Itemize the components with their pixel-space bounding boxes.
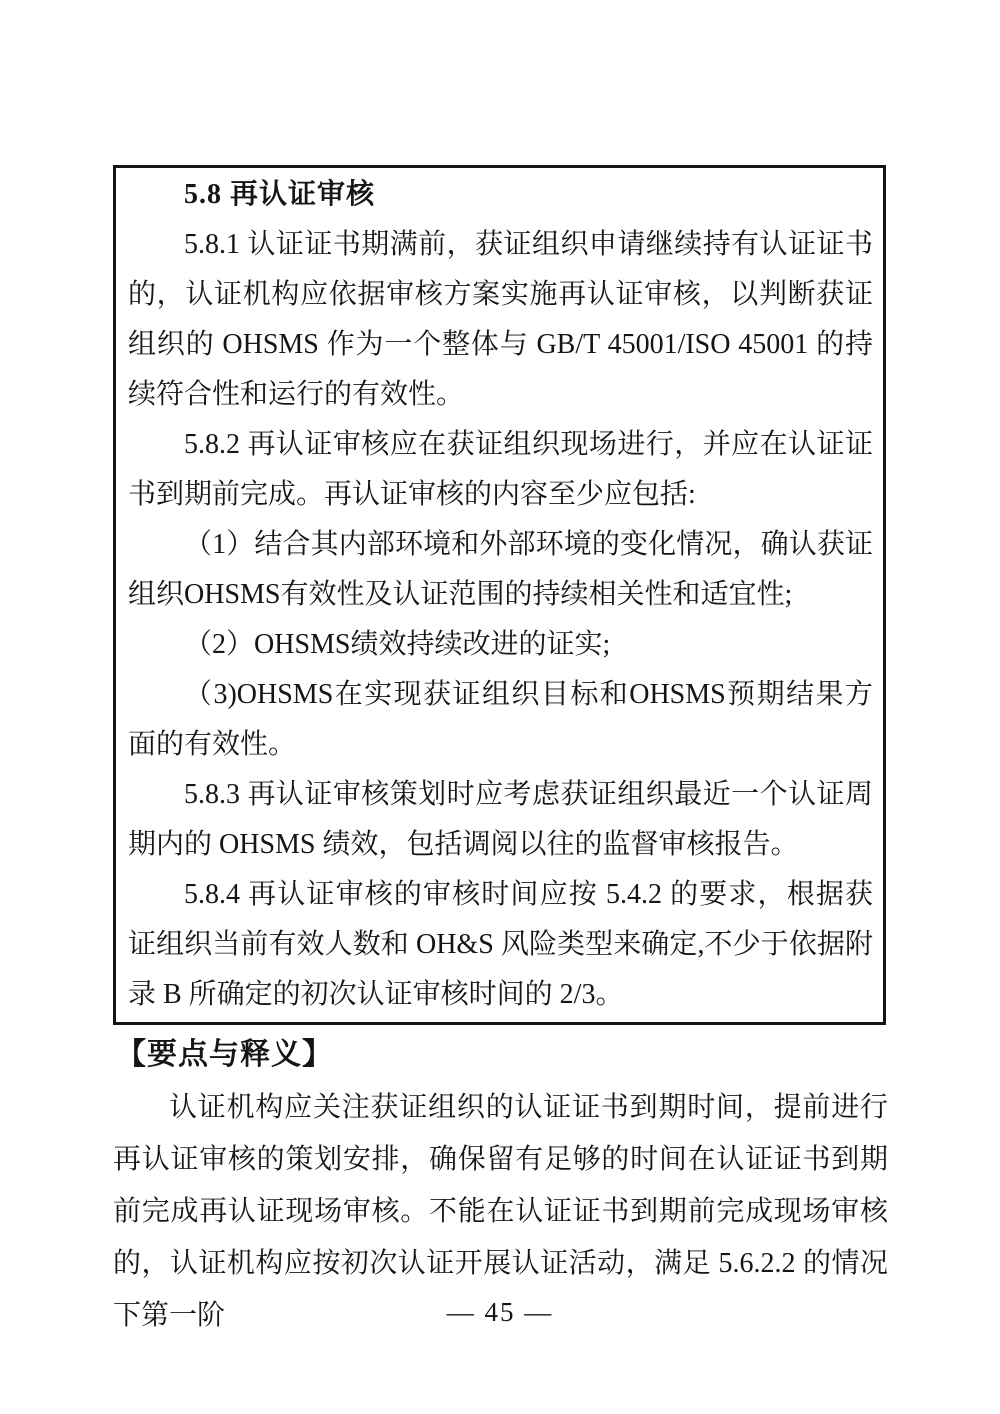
boxed-section-5-8: 5.8 再认证审核 5.8.1 认证证书期满前，获证组织申请继续持有认证证书的，… — [113, 165, 886, 1025]
body-paragraph: 5.8.1 认证证书期满前，获证组织申请继续持有认证证书的，认证机构应依据审核方… — [128, 220, 873, 420]
section-heading: 5.8 再认证审核 — [128, 170, 873, 220]
annotation-section-title: 【要点与释义】 — [116, 1030, 333, 1080]
body-paragraph: （1）结合其内部环境和外部环境的变化情况，确认获证组织OHSMS有效性及认证范围… — [128, 520, 873, 620]
body-paragraph: 5.8.2 再认证审核应在获证组织现场进行，并应在认证证书到期前完成。再认证审核… — [128, 420, 873, 520]
body-paragraph: 5.8.4 再认证审核的审核时间应按 5.4.2 的要求，根据获证组织当前有效人… — [128, 870, 873, 1020]
body-paragraph: 5.8.3 再认证审核策划时应考虑获证组织最近一个认证周期内的 OHSMS 绩效… — [128, 770, 873, 870]
boxed-section-body: 5.8.1 认证证书期满前，获证组织申请继续持有认证证书的，认证机构应依据审核方… — [128, 220, 873, 1020]
body-paragraph: （2）OHSMS绩效持续改进的证实; — [128, 620, 873, 670]
page-number: — 45 — — [0, 1292, 1000, 1332]
document-page: 5.8 再认证审核 5.8.1 认证证书期满前，获证组织申请继续持有认证证书的，… — [0, 0, 1000, 1414]
body-paragraph: （3)OHSMS在实现获证组织目标和OHSMS预期结果方面的有效性。 — [128, 670, 873, 770]
